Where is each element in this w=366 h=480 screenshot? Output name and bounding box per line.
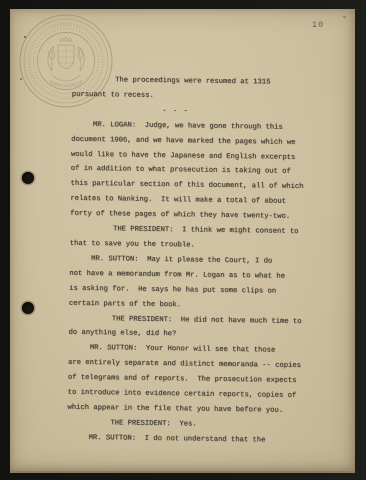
ink-speck xyxy=(24,36,26,38)
scan-background: 10 The proceedings were resumed at 1315p… xyxy=(0,0,366,480)
transcript-line: MR. SUTTON: I do not understand that the xyxy=(67,430,327,449)
punch-hole-bottom xyxy=(22,302,34,314)
ink-speck xyxy=(20,78,22,80)
document-page: 10 The proceedings were resumed at 1315p… xyxy=(10,9,355,473)
page-number: 10 xyxy=(312,20,324,30)
punch-hole-top xyxy=(22,172,34,184)
transcript-text: The proceedings were resumed at 1315purs… xyxy=(67,73,332,449)
ink-speck xyxy=(343,15,346,18)
